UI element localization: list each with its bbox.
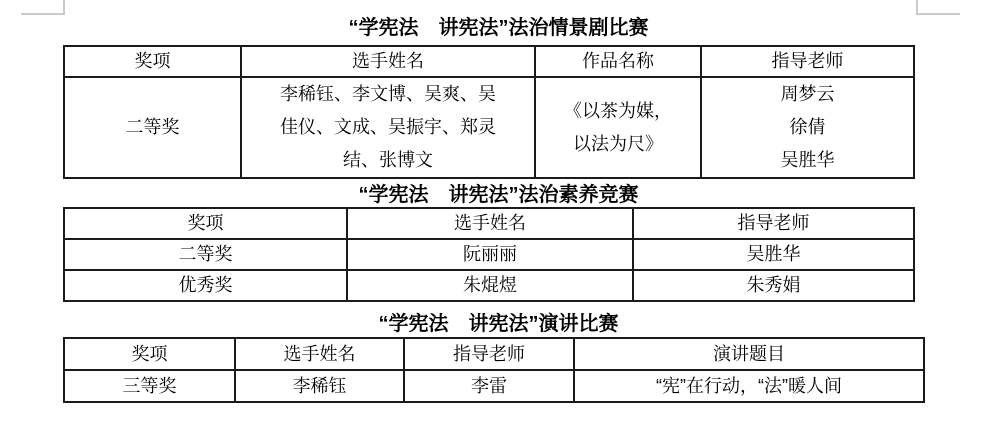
table-skit-competition: 奖项 选手姓名 作品名称 指导老师 二等奖 李稀钰、李文博、吴爽、吴 佳仪、文成… — [63, 45, 915, 179]
page-margin-mark-right — [916, 0, 960, 15]
advisor-line: 徐倩 — [702, 111, 913, 144]
column-header-advisor: 指导老师 — [701, 46, 914, 77]
cell-speech-topic: “宪”在行动，“法”暖人间 — [574, 370, 924, 402]
column-header-award: 奖项 — [64, 208, 347, 239]
section-title-skit-competition: “学宪法 讲宪法”法治情景剧比赛 — [0, 14, 997, 42]
cell-advisors: 周梦云 徐倩 吴胜华 — [701, 77, 914, 178]
column-header-advisor: 指导老师 — [404, 338, 574, 370]
table-row: 优秀奖 朱焜煜 朱秀娟 — [64, 270, 914, 301]
cell-award: 优秀奖 — [64, 270, 347, 301]
advisor-line: 吴胜华 — [702, 144, 913, 177]
work-title-line: 以法为尺》 — [536, 128, 700, 161]
column-header-work-title: 作品名称 — [535, 46, 701, 77]
cell-contestant-name: 朱焜煜 — [347, 270, 633, 301]
cell-award: 三等奖 — [64, 370, 235, 402]
table-row: 二等奖 李稀钰、李文博、吴爽、吴 佳仪、文成、吴振宇、郑灵 结、张博文 《以茶为… — [64, 77, 914, 178]
contestants-line: 佳仪、文成、吴振宇、郑灵 — [242, 111, 534, 144]
table-speech-competition: 奖项 选手姓名 指导老师 演讲题目 三等奖 李稀钰 李雷 “宪”在行动，“法”暖… — [63, 337, 925, 403]
table-row: 三等奖 李稀钰 李雷 “宪”在行动，“法”暖人间 — [64, 370, 924, 402]
column-header-contestant-names: 选手姓名 — [347, 208, 633, 239]
cell-contestant-name: 阮丽丽 — [347, 239, 633, 270]
table-literacy-contest: 奖项 选手姓名 指导老师 二等奖 阮丽丽 吴胜华 优秀奖 朱焜煜 朱秀娟 — [63, 207, 915, 302]
cell-advisor: 李雷 — [404, 370, 574, 402]
table-header-row: 奖项 选手姓名 作品名称 指导老师 — [64, 46, 914, 77]
document-page: “学宪法 讲宪法”法治情景剧比赛 奖项 选手姓名 作品名称 指导老师 二等奖 李… — [0, 0, 997, 441]
column-header-advisor: 指导老师 — [633, 208, 914, 239]
contestants-line: 李稀钰、李文博、吴爽、吴 — [242, 78, 534, 111]
table-header-row: 奖项 选手姓名 指导老师 演讲题目 — [64, 338, 924, 370]
cell-award: 二等奖 — [64, 239, 347, 270]
cell-contestant-name: 李稀钰 — [235, 370, 404, 402]
advisor-line: 周梦云 — [702, 78, 913, 111]
work-title-line: 《以茶为媒， — [536, 95, 700, 128]
column-header-contestant-names: 选手姓名 — [241, 46, 535, 77]
cell-work-title: 《以茶为媒， 以法为尺》 — [535, 77, 701, 178]
column-header-award: 奖项 — [64, 46, 241, 77]
section-title-speech-competition: “学宪法 讲宪法”演讲比赛 — [0, 310, 997, 338]
table-header-row: 奖项 选手姓名 指导老师 — [64, 208, 914, 239]
column-header-speech-topic: 演讲题目 — [574, 338, 924, 370]
section-title-literacy-contest: “学宪法 讲宪法”法治素养竞赛 — [0, 181, 997, 209]
column-header-contestant-names: 选手姓名 — [235, 338, 404, 370]
page-margin-mark-left — [21, 0, 65, 15]
contestants-line: 结、张博文 — [242, 144, 534, 177]
table-row: 二等奖 阮丽丽 吴胜华 — [64, 239, 914, 270]
cell-contestant-names: 李稀钰、李文博、吴爽、吴 佳仪、文成、吴振宇、郑灵 结、张博文 — [241, 77, 535, 178]
column-header-award: 奖项 — [64, 338, 235, 370]
cell-advisor: 吴胜华 — [633, 239, 914, 270]
cell-award: 二等奖 — [64, 77, 241, 178]
cell-advisor: 朱秀娟 — [633, 270, 914, 301]
